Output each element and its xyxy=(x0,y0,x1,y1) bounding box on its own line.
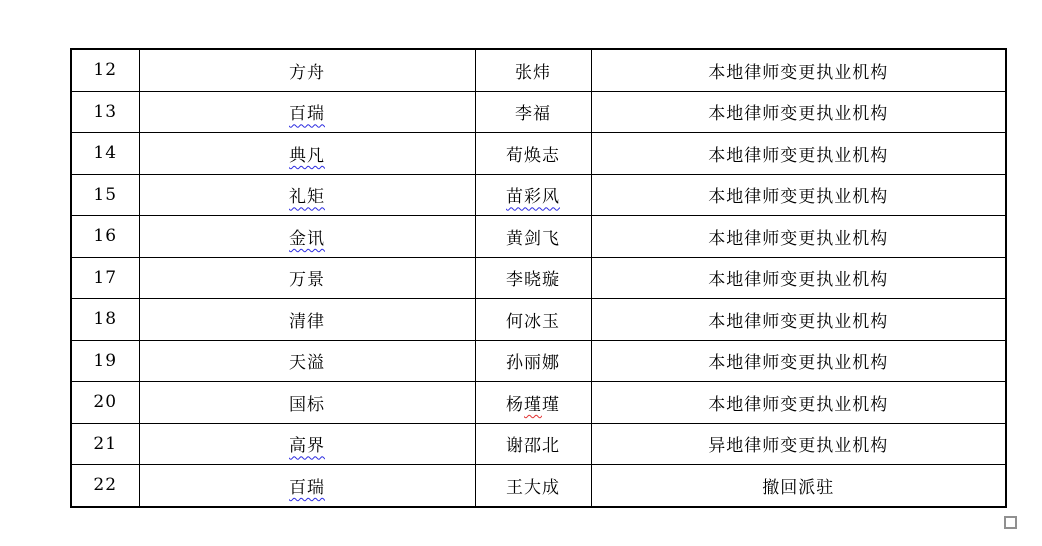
action-text: 本地律师变更执业机构 xyxy=(708,353,888,373)
table-body: 12方舟张炜本地律师变更执业机构13百瑞李福本地律师变更执业机构14典凡荀焕志本… xyxy=(71,49,1006,507)
action-text: 本地律师变更执业机构 xyxy=(708,312,888,332)
cell-organization: 典凡 xyxy=(139,133,475,175)
action-text: 异地律师变更执业机构 xyxy=(708,436,888,456)
row-number-text: 22 xyxy=(93,475,117,495)
cell-person-name: 何冰玉 xyxy=(475,299,591,341)
action-text: 本地律师变更执业机构 xyxy=(708,270,888,290)
row-number-text: 13 xyxy=(93,102,117,122)
cell-organization: 礼矩 xyxy=(139,174,475,216)
person-name-text: 李福 xyxy=(515,104,551,124)
person-name-text: 黄剑飞 xyxy=(506,229,560,249)
person-name-text: 李晓璇 xyxy=(506,270,560,290)
person-name-text: 瑾 xyxy=(542,395,560,415)
cell-person-name: 荀焕志 xyxy=(475,133,591,175)
cell-row-number: 16 xyxy=(71,216,139,258)
person-name-text: 孙丽娜 xyxy=(506,353,560,373)
action-text: 撤回派驻 xyxy=(762,478,834,498)
organization-text: 典凡 xyxy=(289,146,325,166)
organization-text: 高界 xyxy=(289,436,325,456)
cell-person-name: 李晓璇 xyxy=(475,257,591,299)
cell-action: 本地律师变更执业机构 xyxy=(591,174,1006,216)
table-row: 19天溢孙丽娜本地律师变更执业机构 xyxy=(71,340,1006,382)
cell-row-number: 22 xyxy=(71,465,139,507)
person-name-text: 苗彩风 xyxy=(506,187,560,207)
cell-person-name: 杨瑾瑾 xyxy=(475,382,591,424)
cell-action: 异地律师变更执业机构 xyxy=(591,423,1006,465)
action-text: 本地律师变更执业机构 xyxy=(708,395,888,415)
row-number-text: 21 xyxy=(93,434,117,454)
row-number-text: 16 xyxy=(93,226,117,246)
cell-row-number: 17 xyxy=(71,257,139,299)
table-row: 22百瑞王大成撤回派驻 xyxy=(71,465,1006,507)
action-text: 本地律师变更执业机构 xyxy=(708,187,888,207)
cell-person-name: 王大成 xyxy=(475,465,591,507)
cell-organization: 方舟 xyxy=(139,49,475,91)
cell-person-name: 孙丽娜 xyxy=(475,340,591,382)
document-page: 12方舟张炜本地律师变更执业机构13百瑞李福本地律师变更执业机构14典凡荀焕志本… xyxy=(0,0,1042,546)
table-resize-handle[interactable] xyxy=(1004,516,1017,529)
cell-organization: 百瑞 xyxy=(139,465,475,507)
cell-organization: 高界 xyxy=(139,423,475,465)
organization-text: 天溢 xyxy=(289,353,325,373)
table-row: 21高界谢邵北异地律师变更执业机构 xyxy=(71,423,1006,465)
person-name-text: 王大成 xyxy=(506,478,560,498)
row-number-text: 14 xyxy=(93,143,117,163)
table-row: 18清律何冰玉本地律师变更执业机构 xyxy=(71,299,1006,341)
action-text: 本地律师变更执业机构 xyxy=(708,104,888,124)
row-number-text: 18 xyxy=(93,309,117,329)
cell-organization: 天溢 xyxy=(139,340,475,382)
organization-text: 万景 xyxy=(289,270,325,290)
organization-text: 礼矩 xyxy=(289,187,325,207)
cell-row-number: 21 xyxy=(71,423,139,465)
table-row: 12方舟张炜本地律师变更执业机构 xyxy=(71,49,1006,91)
cell-person-name: 张炜 xyxy=(475,49,591,91)
cell-action: 本地律师变更执业机构 xyxy=(591,382,1006,424)
table-row: 17万景李晓璇本地律师变更执业机构 xyxy=(71,257,1006,299)
row-number-text: 17 xyxy=(93,268,117,288)
table-row: 20国标杨瑾瑾本地律师变更执业机构 xyxy=(71,382,1006,424)
organization-text: 百瑞 xyxy=(289,104,325,124)
cell-row-number: 15 xyxy=(71,174,139,216)
table-row: 15礼矩苗彩风本地律师变更执业机构 xyxy=(71,174,1006,216)
person-name-text: 何冰玉 xyxy=(506,312,560,332)
organization-text: 百瑞 xyxy=(289,478,325,498)
cell-organization: 万景 xyxy=(139,257,475,299)
cell-action: 本地律师变更执业机构 xyxy=(591,216,1006,258)
cell-organization: 金讯 xyxy=(139,216,475,258)
row-number-text: 20 xyxy=(93,392,117,412)
person-name-text: 荀焕志 xyxy=(506,146,560,166)
cell-person-name: 谢邵北 xyxy=(475,423,591,465)
action-text: 本地律师变更执业机构 xyxy=(708,229,888,249)
cell-row-number: 14 xyxy=(71,133,139,175)
cell-organization: 百瑞 xyxy=(139,91,475,133)
person-name-text: 谢邵北 xyxy=(506,436,560,456)
organization-text: 方舟 xyxy=(289,63,325,83)
table-row: 14典凡荀焕志本地律师变更执业机构 xyxy=(71,133,1006,175)
organization-text: 清律 xyxy=(289,312,325,332)
row-number-text: 12 xyxy=(93,60,117,80)
person-name-text: 瑾 xyxy=(524,395,542,415)
lawyer-change-table: 12方舟张炜本地律师变更执业机构13百瑞李福本地律师变更执业机构14典凡荀焕志本… xyxy=(70,48,1007,508)
cell-row-number: 18 xyxy=(71,299,139,341)
row-number-text: 19 xyxy=(93,351,117,371)
cell-action: 本地律师变更执业机构 xyxy=(591,340,1006,382)
cell-organization: 国标 xyxy=(139,382,475,424)
cell-action: 本地律师变更执业机构 xyxy=(591,299,1006,341)
cell-person-name: 黄剑飞 xyxy=(475,216,591,258)
organization-text: 国标 xyxy=(289,395,325,415)
action-text: 本地律师变更执业机构 xyxy=(708,146,888,166)
cell-row-number: 13 xyxy=(71,91,139,133)
cell-organization: 清律 xyxy=(139,299,475,341)
cell-row-number: 12 xyxy=(71,49,139,91)
cell-row-number: 20 xyxy=(71,382,139,424)
cell-person-name: 李福 xyxy=(475,91,591,133)
table-row: 16金讯黄剑飞本地律师变更执业机构 xyxy=(71,216,1006,258)
person-name-text: 杨 xyxy=(506,395,524,415)
cell-action: 本地律师变更执业机构 xyxy=(591,133,1006,175)
row-number-text: 15 xyxy=(93,185,117,205)
cell-action: 撤回派驻 xyxy=(591,465,1006,507)
action-text: 本地律师变更执业机构 xyxy=(708,63,888,83)
cell-action: 本地律师变更执业机构 xyxy=(591,91,1006,133)
cell-person-name: 苗彩风 xyxy=(475,174,591,216)
cell-row-number: 19 xyxy=(71,340,139,382)
cell-action: 本地律师变更执业机构 xyxy=(591,257,1006,299)
organization-text: 金讯 xyxy=(289,229,325,249)
cell-action: 本地律师变更执业机构 xyxy=(591,49,1006,91)
table-row: 13百瑞李福本地律师变更执业机构 xyxy=(71,91,1006,133)
person-name-text: 张炜 xyxy=(515,63,551,83)
